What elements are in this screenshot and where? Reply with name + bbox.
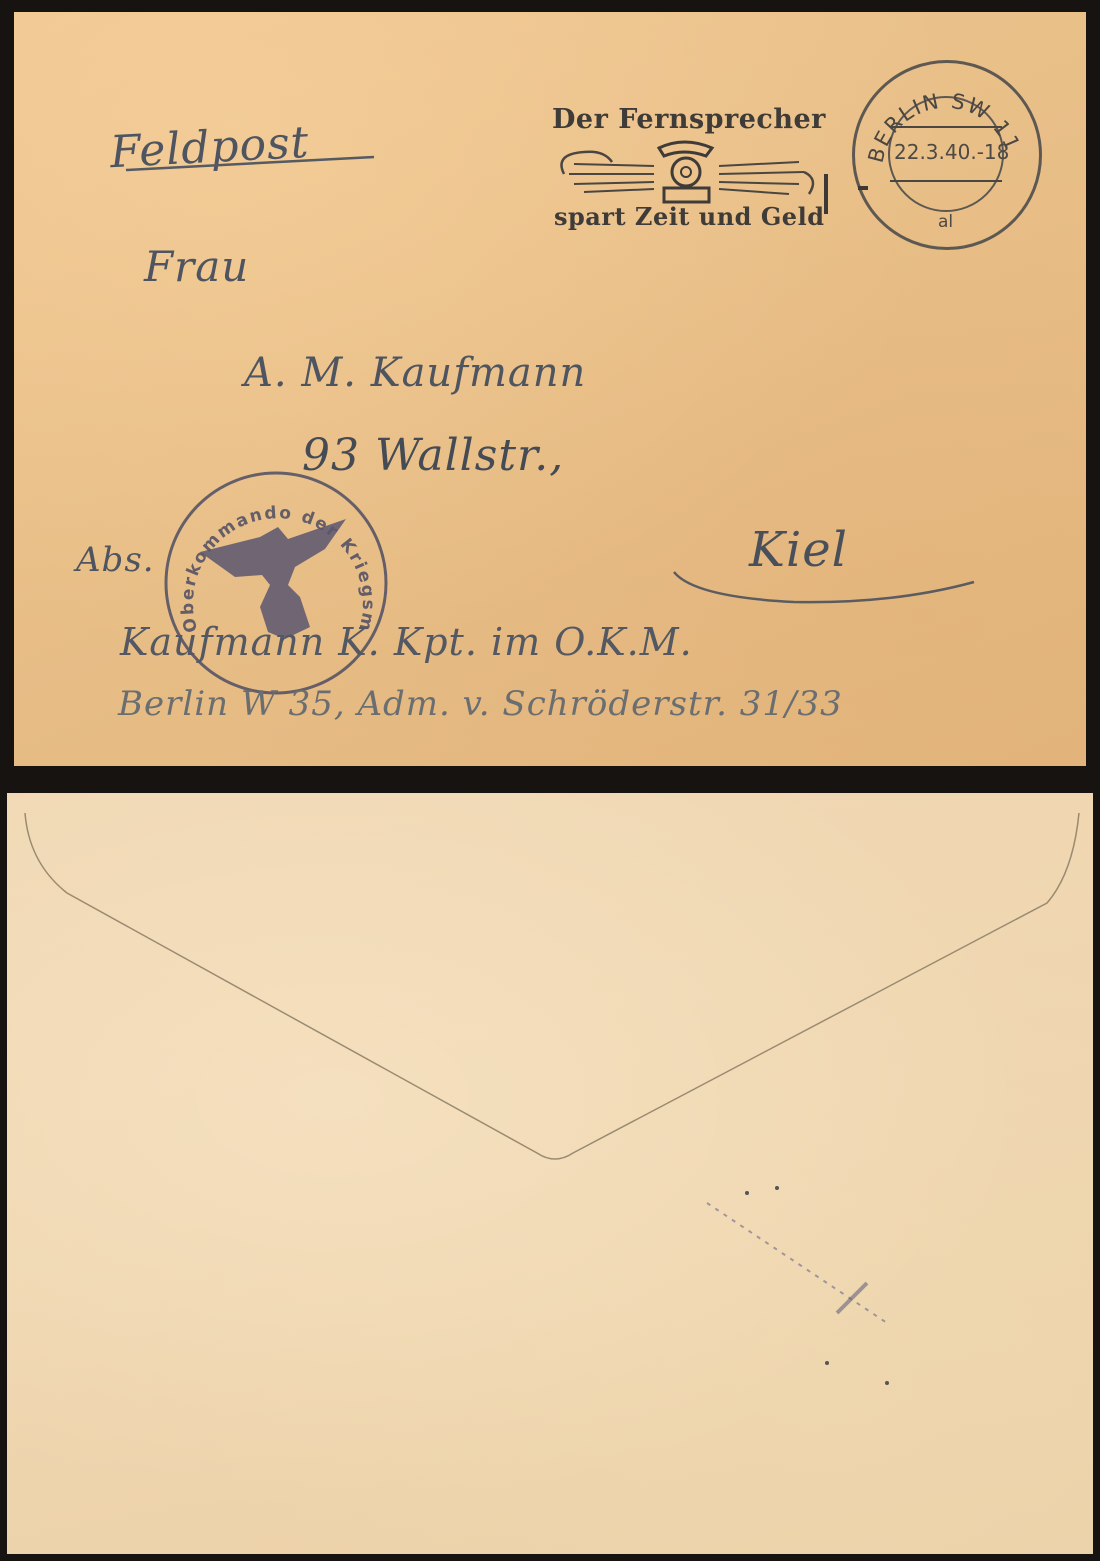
- envelope-back: [7, 793, 1093, 1554]
- sender-prefix: Abs.: [76, 540, 155, 580]
- naval-seal: Oberkommando der Kriegsmarine: [160, 467, 392, 699]
- sender-line-1: Kaufmann K. Kpt. im O.K.M.: [120, 620, 693, 664]
- eagle-icon: [160, 467, 392, 699]
- sender-line-2: Berlin W 35, Adm. v. Schröderstr. 31/33: [118, 684, 843, 724]
- faint-cancel-marks: [687, 1163, 947, 1423]
- envelope-front: Feldpost Der Fernsprecher spart Zeit und…: [14, 12, 1086, 766]
